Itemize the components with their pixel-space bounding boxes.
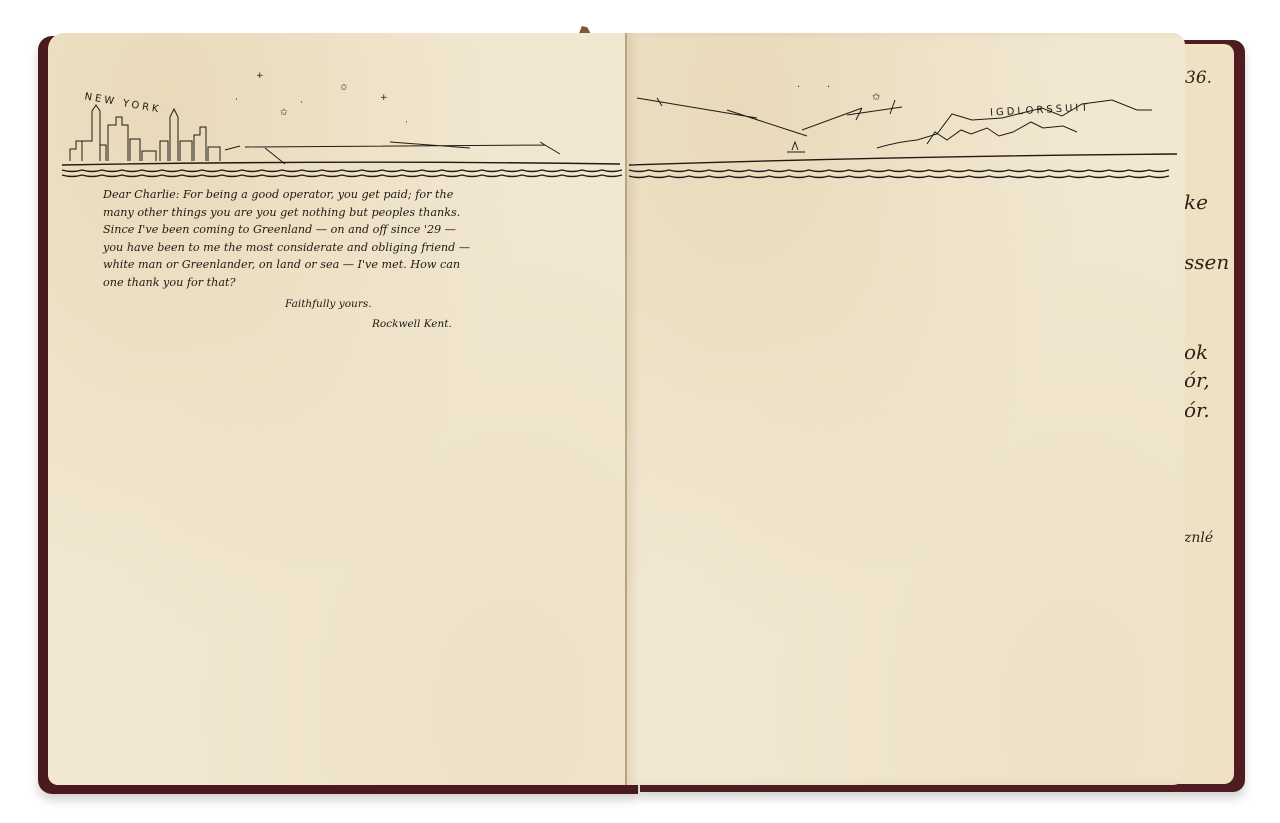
text-fragment: ke <box>1184 190 1208 214</box>
text-fragment: ssen <box>1184 250 1229 274</box>
letter-line: one thank you for that? <box>103 274 603 292</box>
letter-line: many other things you are you get nothin… <box>103 204 603 222</box>
svg-text:✩: ✩ <box>280 108 288 118</box>
text-fragment: ór. <box>1184 398 1210 422</box>
new-york-skyline-drawing: ✩✩ +++ ··+· <box>60 70 625 185</box>
svg-text:+: + <box>320 70 328 73</box>
letter-line: Since I've been coming to Greenland — on… <box>103 221 603 239</box>
svg-text:·: · <box>827 82 830 93</box>
open-album: 36. ke ssen ok ór, ór. znlé ✩✩ +++ ··+· … <box>0 0 1280 823</box>
text-fragment: ór, <box>1184 368 1210 392</box>
letter-line: you have been to me the most considerate… <box>103 239 603 257</box>
svg-text:✩: ✩ <box>340 83 348 93</box>
svg-text:+: + <box>256 71 264 81</box>
svg-text:·: · <box>235 95 238 105</box>
letter-line: white man or Greenlander, on land or sea… <box>103 256 603 274</box>
text-fragment: ok <box>1184 340 1208 364</box>
svg-text:·: · <box>405 118 408 128</box>
signature: Rockwell Kent. <box>372 318 452 330</box>
handwritten-letter: Dear Charlie: For being a good operator,… <box>103 186 603 291</box>
letter-line: Dear Charlie: For being a good operator,… <box>103 186 603 204</box>
svg-text:·: · <box>797 82 800 93</box>
svg-text:✩: ✩ <box>872 92 881 103</box>
page-number: 36. <box>1185 68 1212 88</box>
svg-text:+: + <box>360 70 368 73</box>
letter-closing: Faithfully yours. <box>285 298 372 310</box>
text-fragment: znlé <box>1184 530 1213 546</box>
svg-text:·: · <box>300 98 303 108</box>
svg-text:+: + <box>752 70 760 71</box>
svg-text:+: + <box>380 93 388 103</box>
igdlorssuit-coastline-drawing: ✩✩ +++ ··++ <box>627 70 1182 185</box>
